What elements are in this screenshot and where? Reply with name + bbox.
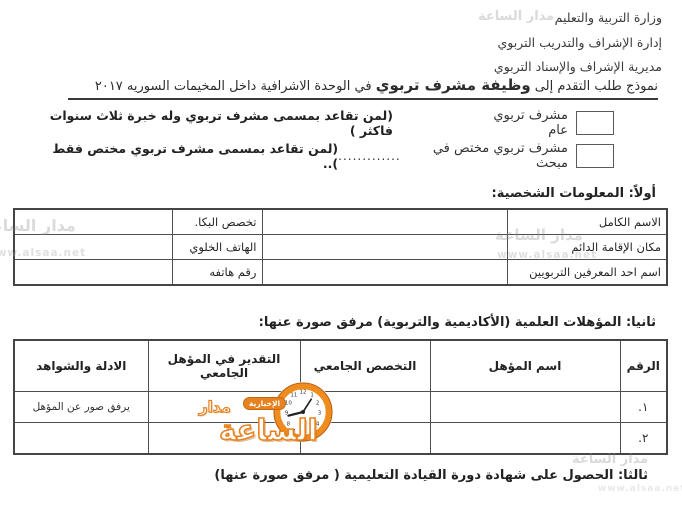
field-label-residence: مكان الإقامة الدائم <box>507 235 667 260</box>
table-row: ٢. <box>14 423 667 455</box>
option-specialized-supervisor: مشرف تربوي مختص في مبحث.............(لمن… <box>40 141 614 171</box>
university-major-cell <box>300 392 430 423</box>
table-header-row: الرقم اسم المؤهل التخصص الجامعي التقدير … <box>14 340 667 392</box>
option-specialized-label: مشرف تربوي مختص في مبحث <box>401 141 568 171</box>
row-number: ١. <box>620 392 667 423</box>
field-value-residence <box>262 235 507 260</box>
section1-heading: أولاً: المعلومات الشخصية: <box>492 186 656 201</box>
field-label-full-name: الاسم الكامل <box>507 209 667 235</box>
field-label-bachelor-major: تخصص البكا. <box>172 209 262 235</box>
col-header-university-major: التخصص الجامعي <box>300 340 430 392</box>
watermark-site-url: www.alsaa.net <box>598 484 682 494</box>
grade-cell <box>148 392 300 423</box>
department-line: إدارة الإشراف والتدريب التربوي <box>494 31 662 56</box>
section2-heading: ثانيا: المؤهلات العلمية (الأكاديمية والت… <box>259 315 656 330</box>
form-title-position: وظيفة مشرف تربوي <box>376 76 531 94</box>
option-general-label: مشرف تربوي عام <box>479 108 568 138</box>
ministry-line: وزارة التربية والتعليم <box>494 6 662 31</box>
form-title: نموذج طلب التقدم إلى وظيفة مشرف تربوي في… <box>68 76 658 100</box>
table-row: الاسم الكامل تخصص البكا. <box>14 209 667 235</box>
field-value-reference-phone <box>14 260 172 286</box>
section3-heading: ثالثا: الحصول على شهادة دورة القيادة الت… <box>214 468 648 483</box>
field-label-reference-name: اسم احد المعرفين التربويين <box>507 260 667 286</box>
option-general-note: (لمن تقاعد بمسمى مشرف تربوي وله خبرة ثلا… <box>40 108 393 138</box>
scanned-form-page: وزارة التربية والتعليم إدارة الإشراف وال… <box>0 0 682 508</box>
checkbox-specialized-supervisor[interactable] <box>576 144 614 168</box>
qualifications-table: الرقم اسم المؤهل التخصص الجامعي التقدير … <box>13 339 668 455</box>
qualification-name-cell <box>430 392 620 423</box>
form-title-suffix: في الوحدة الاشرافية داخل المخيمات السوري… <box>95 79 376 94</box>
field-label-reference-phone: رقم هاتفه <box>172 260 262 286</box>
qualification-name-cell <box>430 423 620 455</box>
letterhead: وزارة التربية والتعليم إدارة الإشراف وال… <box>494 6 662 80</box>
checkbox-general-supervisor[interactable] <box>576 111 614 135</box>
evidence-cell: يرفق صور عن المؤهل <box>14 392 148 423</box>
dotted-blank: ............. <box>338 149 401 163</box>
grade-cell <box>148 423 300 455</box>
field-value-cell-phone <box>14 235 172 260</box>
field-value-bachelor-major <box>14 209 172 235</box>
personal-info-table: الاسم الكامل تخصص البكا. مكان الإقامة ال… <box>13 208 668 286</box>
col-header-qualification-name: اسم المؤهل <box>430 340 620 392</box>
field-label-cell-phone: الهاتف الخلوي <box>172 235 262 260</box>
row-number: ٢. <box>620 423 667 455</box>
form-title-prefix: نموذج طلب التقدم إلى <box>531 79 658 94</box>
table-row: اسم احد المعرفين التربويين رقم هاتفه <box>14 260 667 286</box>
col-header-grade: التقدير في المؤهل الجامعي <box>148 340 300 392</box>
col-header-evidence: الادلة والشواهد <box>14 340 148 392</box>
university-major-cell <box>300 423 430 455</box>
table-row: مكان الإقامة الدائم الهاتف الخلوي <box>14 235 667 260</box>
table-row: ١. يرفق صور عن المؤهل <box>14 392 667 423</box>
evidence-cell <box>14 423 148 455</box>
option-general-supervisor: مشرف تربوي عام (لمن تقاعد بمسمى مشرف ترب… <box>40 108 614 138</box>
col-header-number: الرقم <box>620 340 667 392</box>
option-specialized-note: (لمن تقاعد بمسمى مشرف تربوي مختص فقط ).. <box>40 141 338 171</box>
field-value-full-name <box>262 209 507 235</box>
field-value-reference-name <box>262 260 507 286</box>
